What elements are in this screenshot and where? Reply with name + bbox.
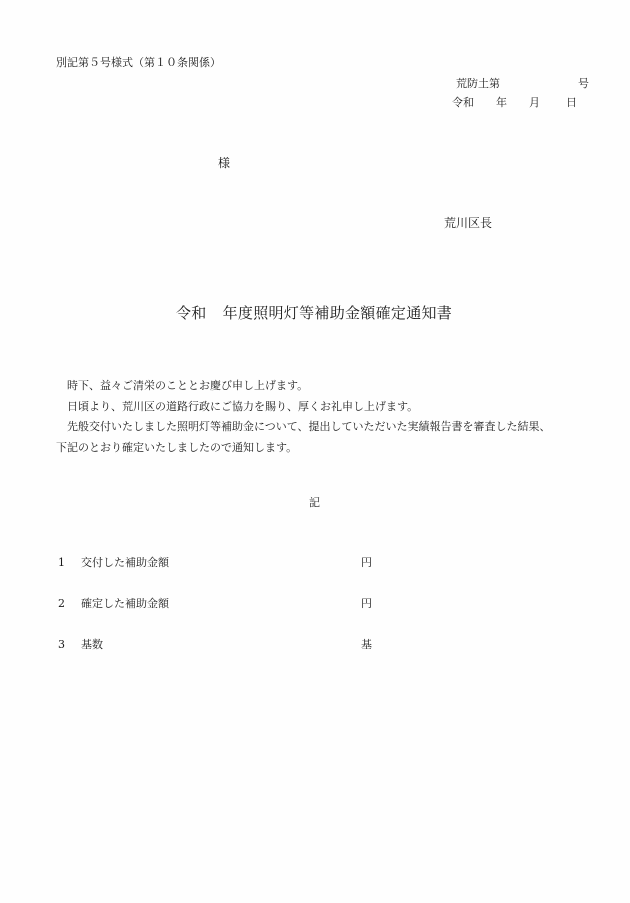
item-number: 2 [58, 598, 65, 609]
recipient-honorific: 様 [218, 157, 230, 169]
body-text: 時下、益々ご清栄のこととお慶び申し上げます。 日頃より、荒川区の道路行政にご協力… [56, 376, 586, 458]
list-item: 3 基数 基 [58, 639, 378, 680]
item-number: 1 [58, 557, 65, 568]
form-reference: 別記第５号様式（第１０条関係） [56, 57, 221, 68]
item-number: 3 [58, 639, 65, 650]
issue-date: 令和年月日 [452, 97, 577, 108]
body-paragraph: 先般交付いたしました照明灯等補助金について、提出していただいた実績報告書を審査し… [56, 417, 586, 438]
body-paragraph: 日頃より、荒川区の道路行政にご協力を賜り、厚くお礼申し上げます。 [56, 397, 586, 418]
document-number-prefix: 荒防土第 [456, 77, 500, 90]
item-label: 確定した補助金額 [81, 598, 169, 609]
item-label: 交付した補助金額 [81, 557, 169, 568]
sender-name: 荒川区長 [444, 217, 492, 229]
document-title: 令和年度照明灯等補助金額確定通知書 [176, 306, 452, 321]
ki-heading: 記 [309, 497, 320, 508]
document-number: 荒防土第号 [456, 78, 589, 89]
list-item: 1 交付した補助金額 円 [58, 557, 378, 598]
item-unit: 円 [361, 598, 372, 609]
date-era: 令和 [452, 97, 474, 108]
item-list: 1 交付した補助金額 円 2 確定した補助金額 円 3 基数 基 [58, 557, 378, 680]
date-year-label: 年 [496, 97, 507, 108]
title-era: 令和 [176, 304, 207, 322]
item-label: 基数 [81, 639, 103, 650]
item-unit: 円 [361, 557, 372, 568]
item-unit: 基 [361, 639, 372, 650]
date-day-label: 日 [566, 97, 577, 108]
body-paragraph: 時下、益々ご清栄のこととお慶び申し上げます。 [56, 376, 586, 397]
document-page: 別記第５号様式（第１０条関係） 荒防土第号 令和年月日 様 荒川区長 令和年度照… [0, 0, 630, 903]
body-paragraph: 下記のとおり確定いたしましたので通知します。 [56, 438, 586, 459]
list-item: 2 確定した補助金額 円 [58, 598, 378, 639]
title-text: 年度照明灯等補助金額確定通知書 [223, 304, 453, 322]
document-number-suffix: 号 [578, 77, 589, 90]
date-month-label: 月 [529, 97, 540, 108]
